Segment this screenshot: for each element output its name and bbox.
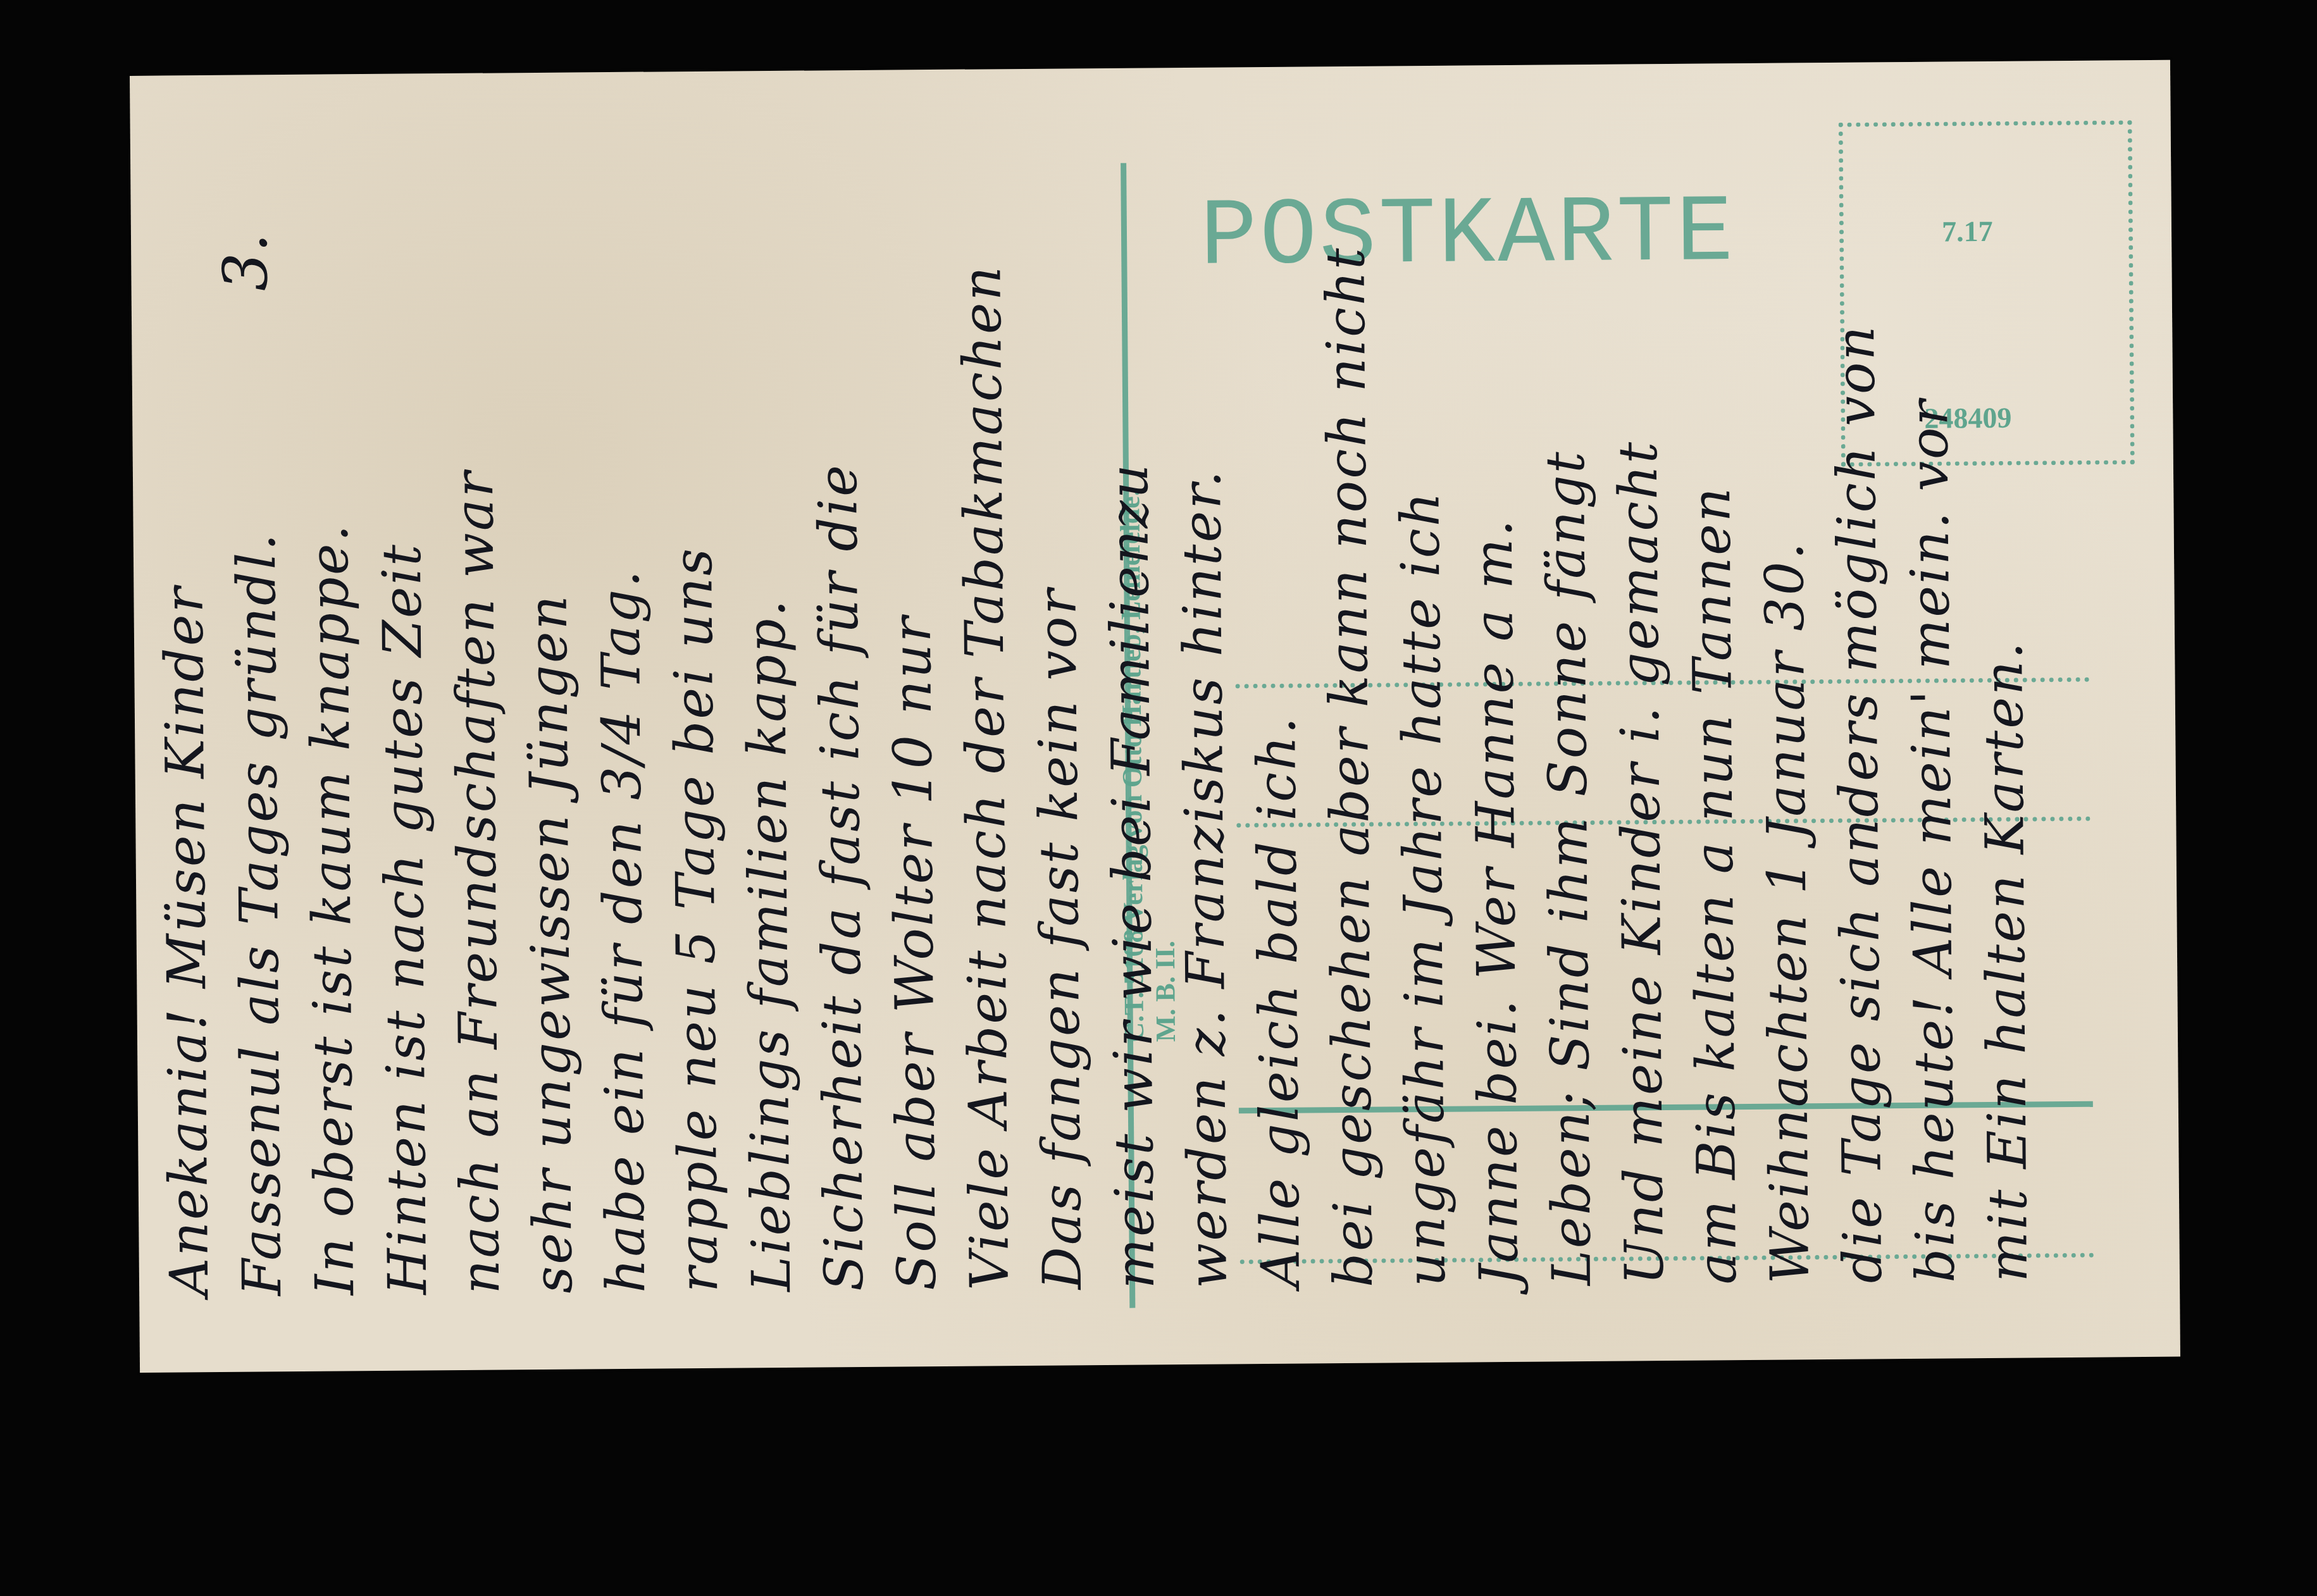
handwriting-line: am Bis kalten a nun Tannen [1680,486,1748,1285]
handwriting-line: mit Ein halten Karten. [1972,640,2039,1282]
page-number: 3. [210,233,282,291]
handwriting-line: Weihnachten 1 Januar 30. [1753,541,1821,1284]
handwriting-line: Alle gleich bald ich. [1245,715,1312,1289]
handwriting-line: nach an Freundschaften war [443,470,511,1295]
handwriting-line: Sicherheit da fast ich für die [807,463,875,1292]
handwriting-line: ungefähr im Jahre hatte ich [1389,490,1457,1287]
postcard: 3. POSTKARTE C.T. 5108 Verlag von Otto H… [130,60,2180,1373]
postcard-title: POSTKARTE [1200,180,1736,292]
handwriting-line: Janne bei. Wer Hanne a m. [1462,517,1531,1286]
handwriting-line: Anekania! Müsen Kinder [152,585,220,1297]
handwriting-line: habe ein für den 3/4 Tag. [589,569,657,1294]
handwritten-message: Anekania! Müsen Kinder Fassenul als Tage… [130,60,2170,76]
handwriting-line: bis heute! Alle mein' mein. vor [1898,398,1966,1283]
handwriting-line: Lieblings familien kapp. [735,598,803,1292]
stamp-top-code: 7.17 [1942,214,1993,249]
handwriting-line: die Tage sich anders möglich von [1824,324,1894,1284]
handwriting-line: rapple neu 5 Tage bei uns [662,547,730,1293]
handwriting-line: meist wir wie bei Familienzu [1098,462,1166,1289]
handwriting-line: sehr ungewissen Jüngen [516,593,584,1294]
handwriting-line: In oberst ist kaum knappe. [298,523,366,1296]
handwriting-line: Viele Arbeit nach der Tabakmachen [950,264,1021,1290]
handwriting-line: bei geschehen aber kann noch nicht [1314,246,1384,1288]
handwriting-line: Hinten ist nach gutes Zeit [371,542,438,1295]
handwriting-line: werden z. Franziskus hinter. [1171,469,1239,1289]
handwriting-line: Fassenul als Tages gründl. [225,532,293,1296]
handwriting-line: Das fangen fast kein vor [1026,587,1093,1290]
handwriting-line: Soll aber Wolter 10 nur [881,615,948,1291]
handwriting-line: Und meine Kinder i. gemacht [1607,440,1675,1285]
handwriting-line: Leben; Sind ihm Sonne fängt [1534,450,1603,1286]
